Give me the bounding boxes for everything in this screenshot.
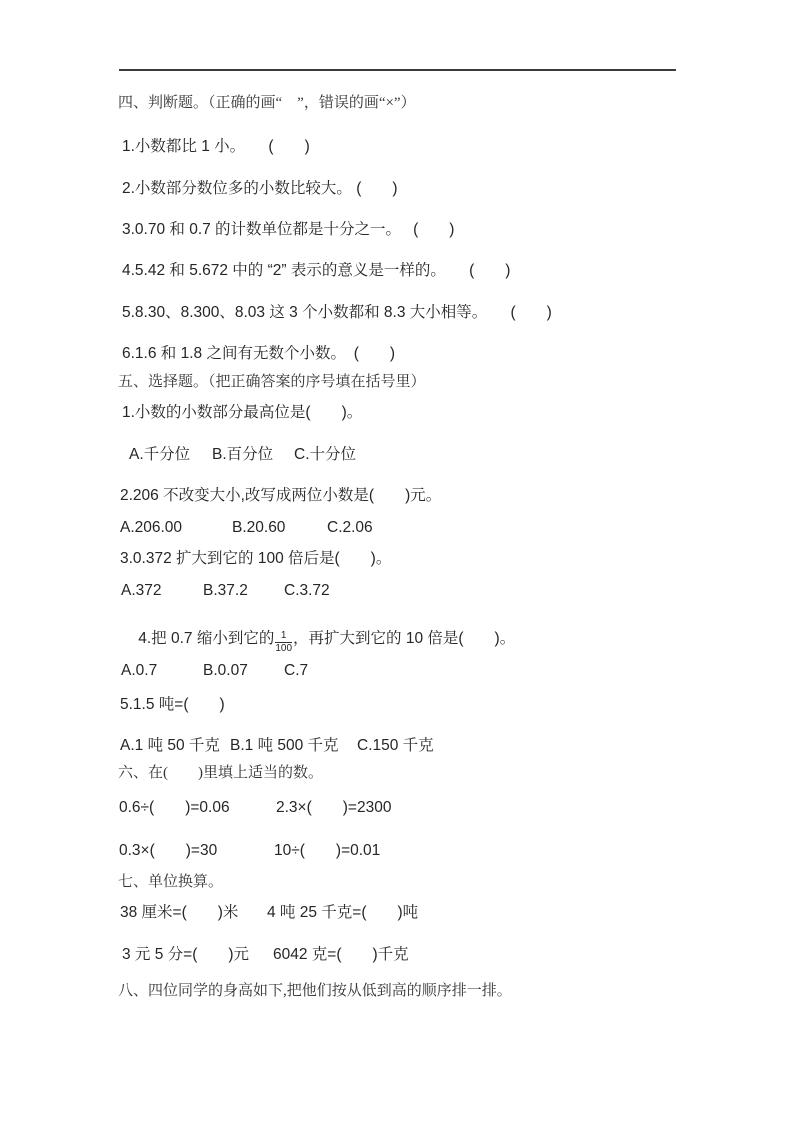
- choice-q1-option-b: B.百分位: [212, 445, 273, 464]
- judge-item-3: 3.0.70 和 0.7 的计数单位都是十分之一。 ( ): [122, 220, 684, 239]
- judge-item-1: 1.小数都比 1 小。 ( ): [122, 137, 684, 156]
- choice-q5-text: 5.1.5 吨=( ): [120, 695, 682, 714]
- choice-q4-option-b: B.0.07: [203, 661, 248, 680]
- choice-q3-option-a: A.372: [121, 581, 162, 600]
- choice-q3-text: 3.0.372 扩大到它的 100 倍后是( )。: [120, 549, 682, 568]
- judge-item-2: 2.小数部分数位多的小数比较大。 ( ): [122, 179, 684, 198]
- judge-item-4: 4.5.42 和 5.672 中的 “2” 表示的意义是一样的。 ( ): [122, 261, 684, 280]
- choice-q4-option-c: C.7: [284, 661, 308, 680]
- choice-q4-prefix: 4.把 0.7 缩小到它的: [138, 630, 274, 647]
- top-divider: [119, 69, 676, 71]
- choice-q1-text: 1.小数的小数部分最高位是( )。: [122, 403, 684, 422]
- choice-q5-option-c: C.150 千克: [357, 736, 434, 755]
- judge-item-5: 5.8.30、8.300、8.03 这 3 个小数都和 8.3 大小相等。 ( …: [122, 303, 684, 322]
- choice-q1-option-c: C.十分位: [294, 445, 356, 464]
- section-judge-heading: 四、判断题。（正确的画“ ”，错误的画“×”）: [118, 94, 680, 113]
- section-choice-heading: 五、选择题。（把正确答案的序号填在括号里）: [118, 373, 680, 392]
- fraction-denominator: 100: [275, 643, 292, 654]
- fraction-1-100: 1100: [275, 631, 292, 654]
- fill-blank-1: 0.6÷( )=0.06: [119, 798, 230, 817]
- choice-q2-text: 2.206 不改变大小,改写成两位小数是( )元。: [120, 486, 682, 505]
- choice-q5-option-b: B.1 吨 500 千克: [230, 736, 339, 755]
- convert-blank-4: 6042 克=( )千克: [273, 945, 409, 964]
- choice-q2-option-c: C.2.06: [327, 518, 373, 537]
- choice-q3-option-c: C.3.72: [284, 581, 330, 600]
- choice-q2-option-a: A.206.00: [120, 518, 182, 537]
- section-order-heading: 八、四位同学的身高如下,把他们按从低到高的顺序排一排。: [118, 982, 680, 1001]
- fill-blank-4: 10÷( )=0.01: [274, 841, 380, 860]
- section-fill-heading: 六、在( )里填上适当的数。: [118, 764, 680, 783]
- fill-blank-3: 0.3×( )=30: [119, 841, 217, 860]
- choice-q4-option-a: A.0.7: [121, 661, 157, 680]
- choice-q5-option-a: A.1 吨 50 千克: [120, 736, 220, 755]
- choice-q1-option-a: A.千分位: [129, 445, 190, 464]
- judge-item-6: 6.1.6 和 1.8 之间有无数个小数。 ( ): [122, 344, 684, 363]
- fill-blank-2: 2.3×( )=2300: [276, 798, 391, 817]
- convert-blank-1: 38 厘米=( )米: [120, 903, 238, 922]
- convert-blank-3: 3 元 5 分=( )元: [122, 945, 249, 964]
- choice-q2-option-b: B.20.60: [232, 518, 285, 537]
- choice-q4-suffix: ，再扩大到它的 10 倍是( )。: [293, 630, 515, 647]
- convert-blank-2: 4 吨 25 千克=( )吨: [267, 903, 418, 922]
- choice-q3-option-b: B.37.2: [203, 581, 248, 600]
- worksheet-page: 四、判断题。（正确的画“ ”，错误的画“×”） 1.小数都比 1 小。 ( ) …: [0, 0, 793, 1122]
- section-convert-heading: 七、单位换算。: [118, 873, 680, 892]
- fraction-numerator: 1: [275, 631, 292, 643]
